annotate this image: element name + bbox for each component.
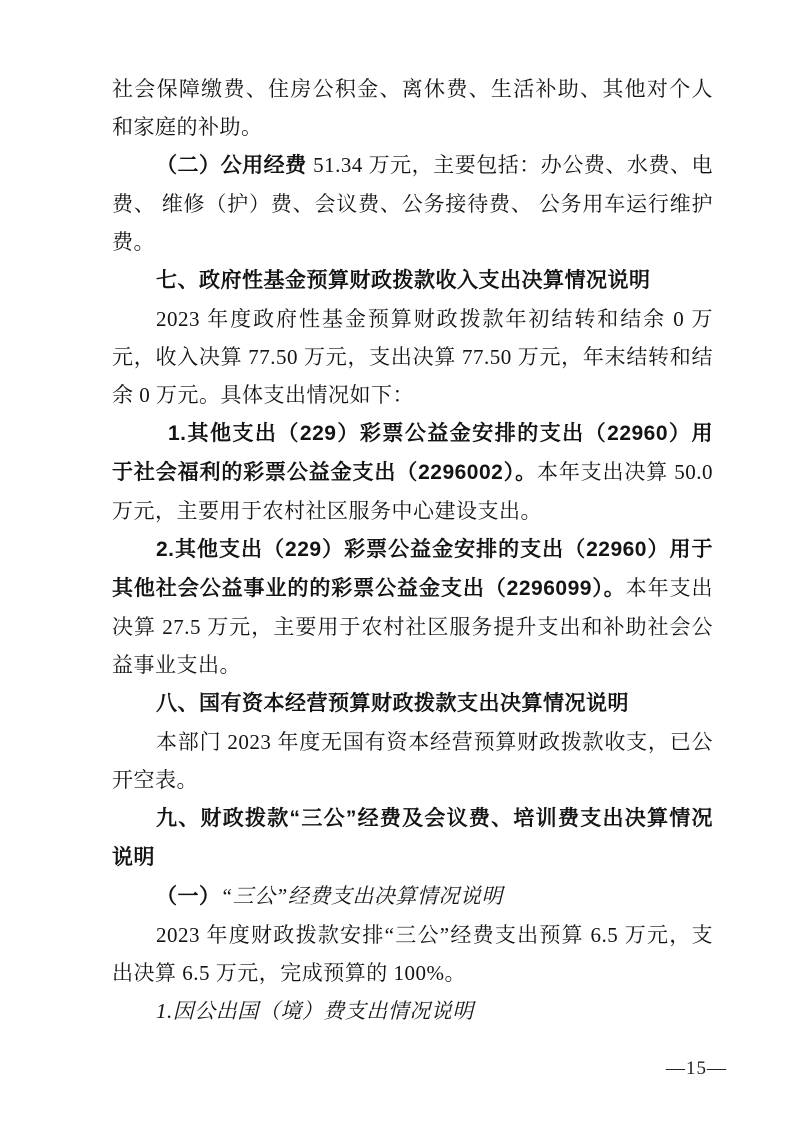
para-personnel-subsidy-continuation: 社会保障缴费、住房公积金、离休费、生活补助、其他对个人和家庭的补助。 [112,70,713,146]
text-segment-fangsong: 社会保障缴费、住房公积金、离休费、生活补助、其他对个人和家庭的补助。 [112,77,713,139]
text-segment-fangsong: 2023 年度政府性基金预算财政拨款年初结转和结余 0 万元，收入决算 77.5… [112,307,713,407]
heading-section-7-government-fund-budget: 七、政府性基金预算财政拨款收入支出决算情况说明 [112,261,713,300]
para-government-fund-summary: 2023 年度政府性基金预算财政拨款年初结转和结余 0 万元，收入决算 77.5… [112,300,713,414]
text-segment-heiti: （二）公用经费 [156,154,313,177]
page-footer: —15— [666,1058,727,1080]
document-page: 社会保障缴费、住房公积金、离休费、生活补助、其他对个人和家庭的补助。（二）公用经… [0,0,793,1122]
text-segment-heiti: 七、政府性基金预算财政拨款收入支出决算情况说明 [156,269,651,292]
text-segment-heiti: 八、国有资本经营预算财政拨款支出决算情况说明 [156,692,629,715]
heading-section-9-three-public-expenses: 九、财政拨款“三公”经费及会议费、培训费支出决算情况说明 [112,799,713,877]
text-segment-fangsong: 2023 年度财政拨款安排“三公”经费支出预算 6.5 万元，支出决算 6.5 … [112,923,713,985]
page-number: —15— [666,1058,727,1079]
para-three-public-budget-summary: 2023 年度财政拨款安排“三公”经费支出预算 6.5 万元，支出决算 6.5 … [112,916,713,992]
para-item-1-lottery-welfare: 1.其他支出（229）彩票公益金安排的支出（22960）用于社会福利的彩票公益金… [112,414,713,530]
text-segment-kaiti: 1.因公出国（境）费支出情况说明 [156,999,474,1023]
heading-section-8-state-capital-budget: 八、国有资本经营预算财政拨款支出决算情况说明 [112,684,713,723]
para-state-capital-empty-table: 本部门 2023 年度无国有资本经营预算财政拨款收支，已公开空表。 [112,723,713,799]
subheading-three-public-expense-final-accounts: （一）“三公”经费支出决算情况说明 [112,877,713,916]
subheading-overseas-travel-expense: 1.因公出国（境）费支出情况说明 [112,992,713,1030]
text-segment-fangsong: 本部门 2023 年度无国有资本经营预算财政拨款收支，已公开空表。 [112,730,713,792]
text-segment-heiti: （一） [156,885,221,908]
para-public-expense: （二）公用经费 51.34 万元，主要包括：办公费、水费、电费、 维修（护）费、… [112,146,713,261]
text-segment-heiti: 九、财政拨款“三公”经费及会议费、培训费支出决算情况说明 [112,807,713,869]
document-body: 社会保障缴费、住房公积金、离休费、生活补助、其他对个人和家庭的补助。（二）公用经… [112,70,713,1030]
text-segment-kaiti: “三公”经费支出决算情况说明 [221,884,503,908]
para-item-2-lottery-public-welfare: 2.其他支出（229）彩票公益金安排的支出（22960）用于其他社会公益事业的的… [112,530,713,684]
text-segment-heiti: 2.其他支出（229）彩票公益金安排的支出（22960）用于其他社会公益事业的的… [112,538,713,600]
